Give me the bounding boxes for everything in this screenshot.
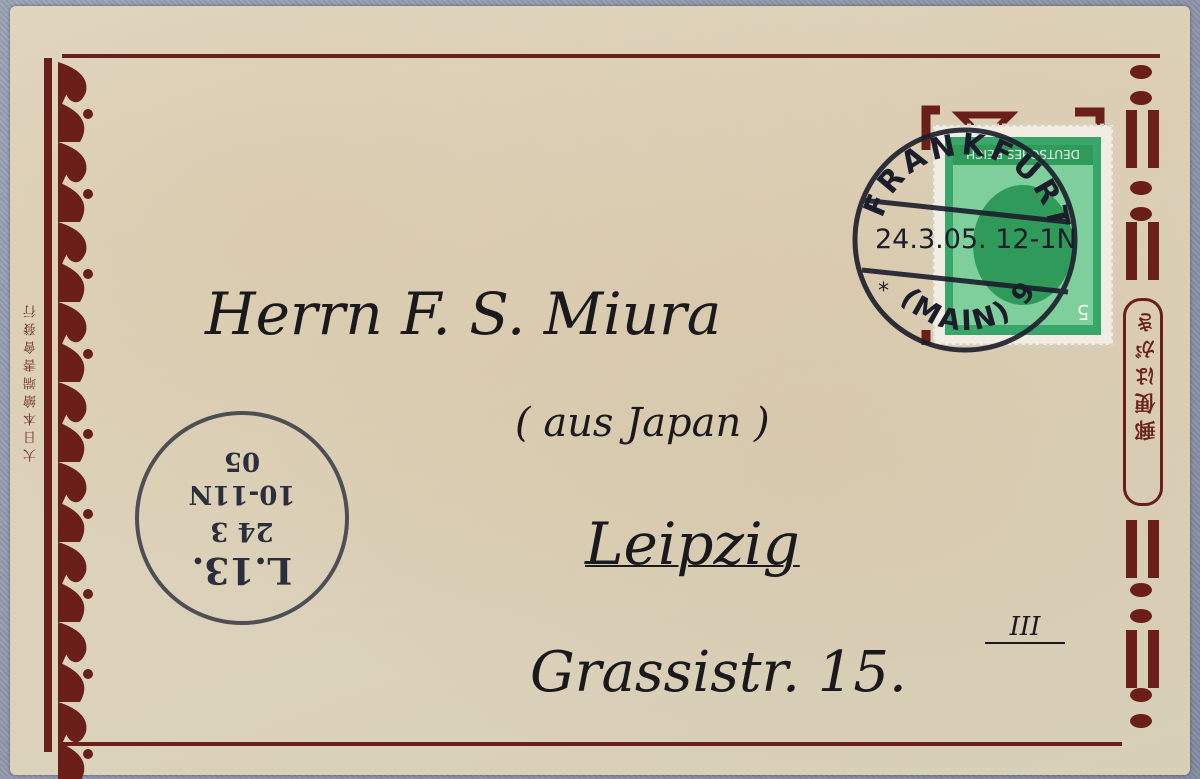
address-street: Grassistr. 15.	[530, 640, 907, 705]
svg-text:24 3: 24 3	[210, 516, 273, 546]
address-floor: III	[985, 612, 1065, 644]
svg-text:10-11N: 10-11N	[189, 479, 296, 509]
address-city: Leipzig	[585, 510, 800, 578]
address-recipient: Herrn F. S. Miura	[205, 280, 721, 348]
card-label-text: 郵便はがき	[1131, 306, 1161, 441]
svg-text:L.13.: L.13.	[192, 549, 292, 591]
svg-text:05: 05	[224, 446, 260, 476]
address-origin-note: ( aus Japan )	[515, 400, 770, 446]
publisher-text: 大日本繪端書會發行	[22, 300, 41, 462]
